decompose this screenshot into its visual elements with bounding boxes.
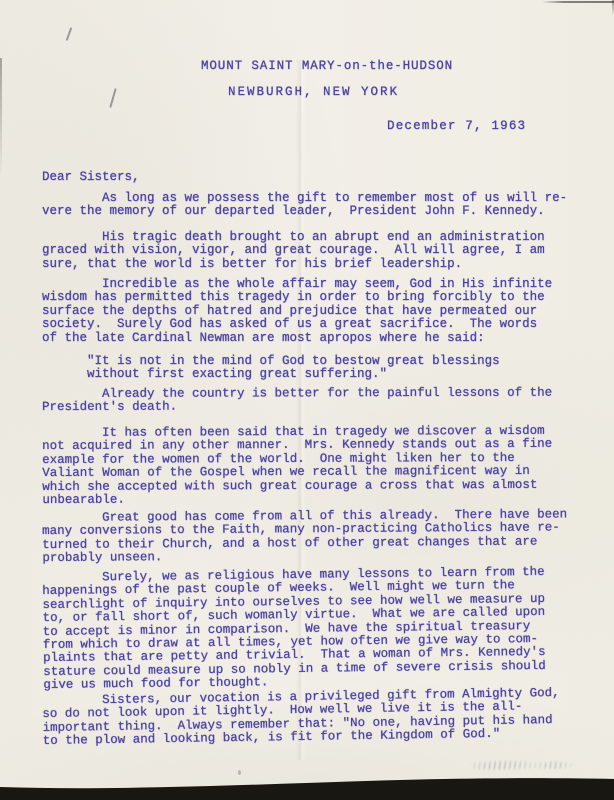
paragraph-6: Great good has come from all of this alr… <box>42 508 567 565</box>
letterhead-line2: NEWBURGH, NEW YORK <box>228 86 399 99</box>
pencil-mark-1 <box>66 27 72 41</box>
letter-date: December 7, 1963 <box>387 120 526 133</box>
paragraph-3: Incredible as the whole affair may seem,… <box>42 278 552 345</box>
scanner-edge-bottom <box>0 766 614 800</box>
paragraph-8: Sisters, our vocation is a privileged gi… <box>42 687 560 749</box>
salutation: Dear Sisters, <box>42 171 140 184</box>
scanned-letter-page: MOUNT SAINT MARY-on-the-HUDSON NEWBURGH,… <box>0 0 614 800</box>
letterhead-line1: MOUNT SAINT MARY-on-the-HUDSON <box>201 60 453 73</box>
scanner-edge-left-sliver <box>0 58 2 178</box>
paragraph-2: His tragic death brought to an abrupt en… <box>42 231 545 271</box>
paragraph-7: Surely, we as religious have many lesson… <box>42 566 546 693</box>
paragraph-4: Already the country is better for the pa… <box>42 387 552 415</box>
scanner-edge-top-right <box>542 1 614 3</box>
block-quote: "It is not in the mind of God to bestow … <box>42 355 500 382</box>
paragraph-1: As long as we possess the gift to rememb… <box>42 192 567 219</box>
paragraph-5: It has often been said that in tragedy w… <box>42 425 552 508</box>
pencil-mark-2 <box>109 88 116 108</box>
